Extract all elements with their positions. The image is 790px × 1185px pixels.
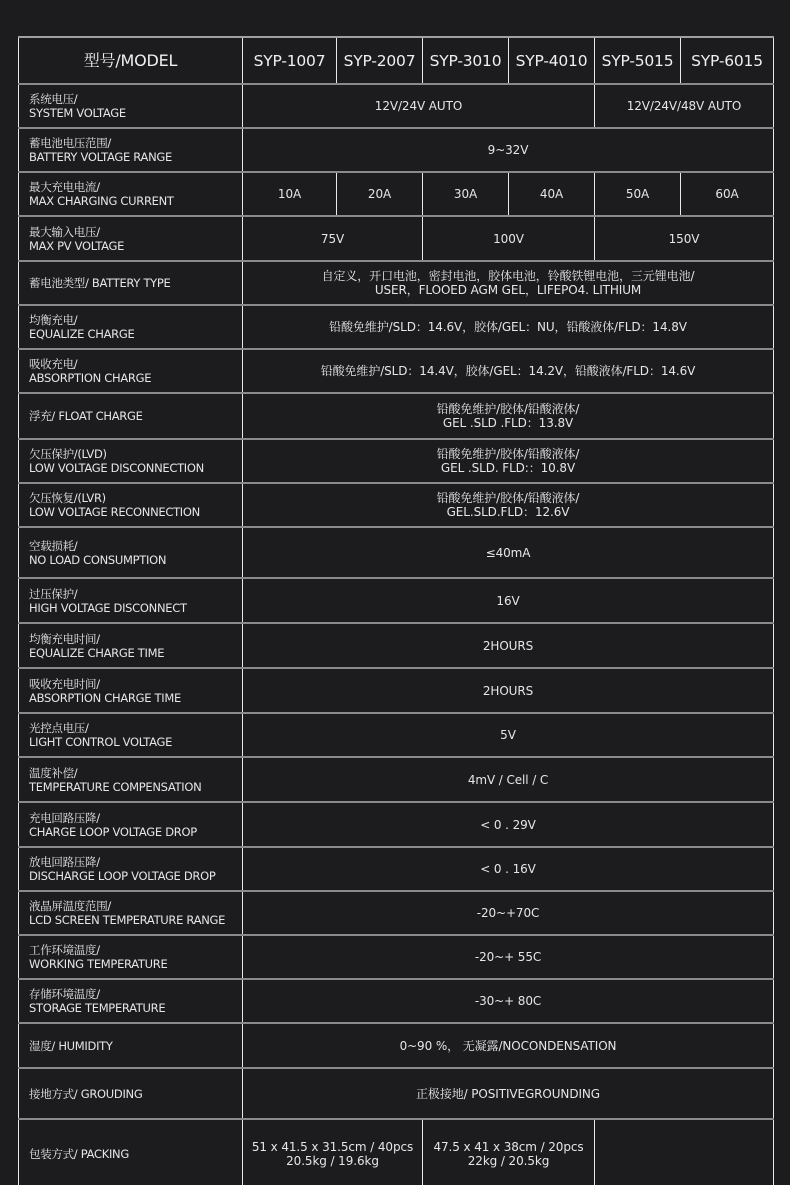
value-line: GEL .SLD. FLD:：10.8V bbox=[243, 461, 773, 475]
label-cn: 空载损耗/ bbox=[29, 539, 242, 553]
header-row: 型号/MODEL SYP-1007 SYP-2007 SYP-3010 SYP-… bbox=[19, 37, 774, 84]
value-cell: 16V bbox=[243, 578, 774, 623]
row-charge-loop-voltage-drop: 充电回路压降/CHARGE LOOP VOLTAGE DROP < 0 . 29… bbox=[19, 802, 774, 847]
row-label: 放电回路压降/DISCHARGE LOOP VOLTAGE DROP bbox=[19, 847, 243, 891]
model-col-3: SYP-3010 bbox=[423, 37, 509, 84]
label-cn: 吸收充电/ bbox=[29, 357, 242, 371]
value-line: 47.5 x 41 x 38cm / 20pcs bbox=[423, 1140, 594, 1154]
row-label: 湿度/ HUMIDITY bbox=[19, 1023, 243, 1068]
row-grounding: 接地方式/ GROUDING 正极接地/ POSITIVEGROUNDING bbox=[19, 1068, 774, 1119]
row-label: 包装方式/ PACKING bbox=[19, 1119, 243, 1185]
value-line: 20.5kg / 19.6kg bbox=[243, 1154, 422, 1168]
value-cell: 60A bbox=[681, 172, 774, 216]
value-line: 铅酸免维护/胶体/铅酸液体/ bbox=[243, 447, 773, 461]
value-cell: 12V/24V AUTO bbox=[243, 84, 595, 128]
row-max-pv-voltage: 最大输入电压/MAX PV VOLTAGE 75V 100V 150V bbox=[19, 216, 774, 261]
row-label: 液晶屏温度范围/LCD SCREEN TEMPERATURE RANGE bbox=[19, 891, 243, 935]
value-cell: -30~+ 80C bbox=[243, 979, 774, 1023]
value-cell: -20~+70C bbox=[243, 891, 774, 935]
row-packing: 包装方式/ PACKING 51 x 41.5 x 31.5cm / 40pcs… bbox=[19, 1119, 774, 1185]
row-label: 蓄电池类型/ BATTERY TYPE bbox=[19, 261, 243, 305]
row-label: 工作环境温度/WORKING TEMPERATURE bbox=[19, 935, 243, 979]
label-en: BATTERY VOLTAGE RANGE bbox=[29, 150, 242, 164]
label-en: NO LOAD CONSUMPTION bbox=[29, 553, 242, 567]
row-equalize-charge-time: 均衡充电时间/EQUALIZE CHARGE TIME 2HOURS bbox=[19, 623, 774, 668]
row-storage-temperature: 存储环境温度/STORAGE TEMPERATURE -30~+ 80C bbox=[19, 979, 774, 1023]
row-label: 吸收充电/ABSORPTION CHARGE bbox=[19, 349, 243, 393]
row-label: 系统电压/SYSTEM VOLTAGE bbox=[19, 84, 243, 128]
label-cn: 存储环境温度/ bbox=[29, 987, 242, 1001]
row-battery-type: 蓄电池类型/ BATTERY TYPE 自定义，开口电池，密封电池，胶体电池，铃… bbox=[19, 261, 774, 305]
row-label: 过压保护/HIGH VOLTAGE DISCONNECT bbox=[19, 578, 243, 623]
label-en: DISCHARGE LOOP VOLTAGE DROP bbox=[29, 869, 242, 883]
label-en: LOW VOLTAGE DISCONNECTION bbox=[29, 461, 242, 475]
value-cell: 51 x 41.5 x 31.5cm / 40pcs20.5kg / 19.6k… bbox=[243, 1119, 423, 1185]
row-working-temperature: 工作环境温度/WORKING TEMPERATURE -20~+ 55C bbox=[19, 935, 774, 979]
value-cell: 自定义，开口电池，密封电池，胶体电池，铃酸铁锂电池，三元锂电池/USER，FLO… bbox=[243, 261, 774, 305]
label-en: LCD SCREEN TEMPERATURE RANGE bbox=[29, 913, 242, 927]
row-label: 温度补偿/TEMPERATURE COMPENSATION bbox=[19, 757, 243, 802]
value-cell: 4mV / Cell / C bbox=[243, 757, 774, 802]
row-lvr: 欠压恢复/(LVR)LOW VOLTAGE RECONNECTION 铅酸免维护… bbox=[19, 483, 774, 527]
value-line: 铅酸免维护/胶体/铅酸液体/ bbox=[243, 402, 773, 416]
row-label: 吸收充电时间/ABSORPTION CHARGE TIME bbox=[19, 668, 243, 713]
value-cell: 40A bbox=[509, 172, 595, 216]
value-line: 22kg / 20.5kg bbox=[423, 1154, 594, 1168]
value-cell: 5V bbox=[243, 713, 774, 757]
row-system-voltage: 系统电压/SYSTEM VOLTAGE 12V/24V AUTO 12V/24V… bbox=[19, 84, 774, 128]
spec-table: 型号/MODEL SYP-1007 SYP-2007 SYP-3010 SYP-… bbox=[18, 36, 774, 1185]
label-cn: 温度补偿/ bbox=[29, 766, 242, 780]
row-discharge-loop-voltage-drop: 放电回路压降/DISCHARGE LOOP VOLTAGE DROP < 0 .… bbox=[19, 847, 774, 891]
value-cell: < 0 . 16V bbox=[243, 847, 774, 891]
row-equalize-charge: 均衡充电/EQUALIZE CHARGE 铅酸免维护/SLD：14.6V，胶体/… bbox=[19, 305, 774, 349]
row-label: 均衡充电/EQUALIZE CHARGE bbox=[19, 305, 243, 349]
row-label: 空载损耗/NO LOAD CONSUMPTION bbox=[19, 527, 243, 578]
label-cn: 液晶屏温度范围/ bbox=[29, 899, 242, 913]
row-high-voltage-disconnect: 过压保护/HIGH VOLTAGE DISCONNECT 16V bbox=[19, 578, 774, 623]
value-cell: 铅酸免维护/胶体/铅酸液体/GEL .SLD .FLD：13.8V bbox=[243, 393, 774, 439]
model-col-6: SYP-6015 bbox=[681, 37, 774, 84]
value-cell: 75V bbox=[243, 216, 423, 261]
row-float-charge: 浮充/ FLOAT CHARGE 铅酸免维护/胶体/铅酸液体/GEL .SLD … bbox=[19, 393, 774, 439]
label-cn: 放电回路压降/ bbox=[29, 855, 242, 869]
label-en: WORKING TEMPERATURE bbox=[29, 957, 242, 971]
label-cn: 过压保护/ bbox=[29, 587, 242, 601]
row-label: 欠压保护/(LVD)LOW VOLTAGE DISCONNECTION bbox=[19, 439, 243, 483]
value-cell bbox=[595, 1119, 774, 1185]
label-cn: 光控点电压/ bbox=[29, 721, 242, 735]
value-line: 自定义，开口电池，密封电池，胶体电池，铃酸铁锂电池，三元锂电池/ bbox=[243, 269, 773, 283]
label-en: LOW VOLTAGE RECONNECTION bbox=[29, 505, 242, 519]
row-max-charging-current: 最大充电电流/MAX CHARGING CURRENT 10A 20A 30A … bbox=[19, 172, 774, 216]
value-line: USER，FLOOED AGM GEL，LIFEPO4. LITHIUM bbox=[243, 283, 773, 297]
value-cell: 10A bbox=[243, 172, 337, 216]
value-cell: 47.5 x 41 x 38cm / 20pcs22kg / 20.5kg bbox=[423, 1119, 595, 1185]
model-col-5: SYP-5015 bbox=[595, 37, 681, 84]
row-light-control-voltage: 光控点电压/LIGHT CONTROL VOLTAGE 5V bbox=[19, 713, 774, 757]
row-label: 存储环境温度/STORAGE TEMPERATURE bbox=[19, 979, 243, 1023]
label-en: EQUALIZE CHARGE TIME bbox=[29, 646, 242, 660]
label-en: SYSTEM VOLTAGE bbox=[29, 106, 242, 120]
row-no-load-consumption: 空载损耗/NO LOAD CONSUMPTION ≤40mA bbox=[19, 527, 774, 578]
label-cn: 最大充电电流/ bbox=[29, 180, 242, 194]
value-cell: ≤40mA bbox=[243, 527, 774, 578]
value-cell: < 0 . 29V bbox=[243, 802, 774, 847]
row-lvd: 欠压保护/(LVD)LOW VOLTAGE DISCONNECTION 铅酸免维… bbox=[19, 439, 774, 483]
value-cell: 9~32V bbox=[243, 128, 774, 172]
value-line: 51 x 41.5 x 31.5cm / 40pcs bbox=[243, 1140, 422, 1154]
value-cell: 50A bbox=[595, 172, 681, 216]
value-cell: 正极接地/ POSITIVEGROUNDING bbox=[243, 1068, 774, 1119]
model-col-4: SYP-4010 bbox=[509, 37, 595, 84]
value-cell: 100V bbox=[423, 216, 595, 261]
label-en: EQUALIZE CHARGE bbox=[29, 327, 242, 341]
value-line: 铅酸免维护/胶体/铅酸液体/ bbox=[243, 491, 773, 505]
value-cell: 12V/24V/48V AUTO bbox=[595, 84, 774, 128]
row-label: 最大输入电压/MAX PV VOLTAGE bbox=[19, 216, 243, 261]
value-cell: 铅酸免维护/胶体/铅酸液体/GEL.SLD.FLD：12.6V bbox=[243, 483, 774, 527]
value-cell: 30A bbox=[423, 172, 509, 216]
model-header: 型号/MODEL bbox=[19, 37, 243, 84]
row-label: 均衡充电时间/EQUALIZE CHARGE TIME bbox=[19, 623, 243, 668]
row-label: 蓄电池电压范围/BATTERY VOLTAGE RANGE bbox=[19, 128, 243, 172]
row-absorption-charge: 吸收充电/ABSORPTION CHARGE 铅酸免维护/SLD：14.4V，胶… bbox=[19, 349, 774, 393]
label-en: ABSORPTION CHARGE bbox=[29, 371, 242, 385]
row-absorption-charge-time: 吸收充电时间/ABSORPTION CHARGE TIME 2HOURS bbox=[19, 668, 774, 713]
row-label: 浮充/ FLOAT CHARGE bbox=[19, 393, 243, 439]
value-cell: 2HOURS bbox=[243, 623, 774, 668]
label-en: MAX CHARGING CURRENT bbox=[29, 194, 242, 208]
row-label: 最大充电电流/MAX CHARGING CURRENT bbox=[19, 172, 243, 216]
row-label: 欠压恢复/(LVR)LOW VOLTAGE RECONNECTION bbox=[19, 483, 243, 527]
label-en: MAX PV VOLTAGE bbox=[29, 239, 242, 253]
row-battery-voltage-range: 蓄电池电压范围/BATTERY VOLTAGE RANGE 9~32V bbox=[19, 128, 774, 172]
value-cell: 0~90 %， 无凝露/NOCONDENSATION bbox=[243, 1023, 774, 1068]
label-cn: 充电回路压降/ bbox=[29, 811, 242, 825]
value-cell: 铅酸免维护/SLD：14.6V，胶体/GEL：NU，铅酸液体/FLD：14.8V bbox=[243, 305, 774, 349]
value-cell: 铅酸免维护/SLD：14.4V，胶体/GEL：14.2V，铅酸液体/FLD：14… bbox=[243, 349, 774, 393]
label-en: STORAGE TEMPERATURE bbox=[29, 1001, 242, 1015]
value-cell: 150V bbox=[595, 216, 774, 261]
label-cn: 最大输入电压/ bbox=[29, 225, 242, 239]
row-label: 接地方式/ GROUDING bbox=[19, 1068, 243, 1119]
label-en: HIGH VOLTAGE DISCONNECT bbox=[29, 601, 242, 615]
label-cn: 工作环境温度/ bbox=[29, 943, 242, 957]
value-cell: -20~+ 55C bbox=[243, 935, 774, 979]
value-line: GEL .SLD .FLD：13.8V bbox=[243, 416, 773, 430]
label-cn: 欠压恢复/(LVR) bbox=[29, 491, 242, 505]
row-label: 光控点电压/LIGHT CONTROL VOLTAGE bbox=[19, 713, 243, 757]
model-col-1: SYP-1007 bbox=[243, 37, 337, 84]
value-cell: 铅酸免维护/胶体/铅酸液体/GEL .SLD. FLD:：10.8V bbox=[243, 439, 774, 483]
value-cell: 20A bbox=[337, 172, 423, 216]
row-label: 充电回路压降/CHARGE LOOP VOLTAGE DROP bbox=[19, 802, 243, 847]
label-cn: 吸收充电时间/ bbox=[29, 677, 242, 691]
label-cn: 均衡充电时间/ bbox=[29, 632, 242, 646]
label-cn: 均衡充电/ bbox=[29, 313, 242, 327]
row-temperature-compensation: 温度补偿/TEMPERATURE COMPENSATION 4mV / Cell… bbox=[19, 757, 774, 802]
value-cell: 2HOURS bbox=[243, 668, 774, 713]
label-cn: 蓄电池电压范围/ bbox=[29, 136, 242, 150]
label-cn: 系统电压/ bbox=[29, 92, 242, 106]
label-en: LIGHT CONTROL VOLTAGE bbox=[29, 735, 242, 749]
label-en: TEMPERATURE COMPENSATION bbox=[29, 780, 242, 794]
label-en: ABSORPTION CHARGE TIME bbox=[29, 691, 242, 705]
model-col-2: SYP-2007 bbox=[337, 37, 423, 84]
label-en: CHARGE LOOP VOLTAGE DROP bbox=[29, 825, 242, 839]
label-cn: 欠压保护/(LVD) bbox=[29, 447, 242, 461]
value-line: GEL.SLD.FLD：12.6V bbox=[243, 505, 773, 519]
row-lcd-temperature-range: 液晶屏温度范围/LCD SCREEN TEMPERATURE RANGE -20… bbox=[19, 891, 774, 935]
row-humidity: 湿度/ HUMIDITY 0~90 %， 无凝露/NOCONDENSATION bbox=[19, 1023, 774, 1068]
